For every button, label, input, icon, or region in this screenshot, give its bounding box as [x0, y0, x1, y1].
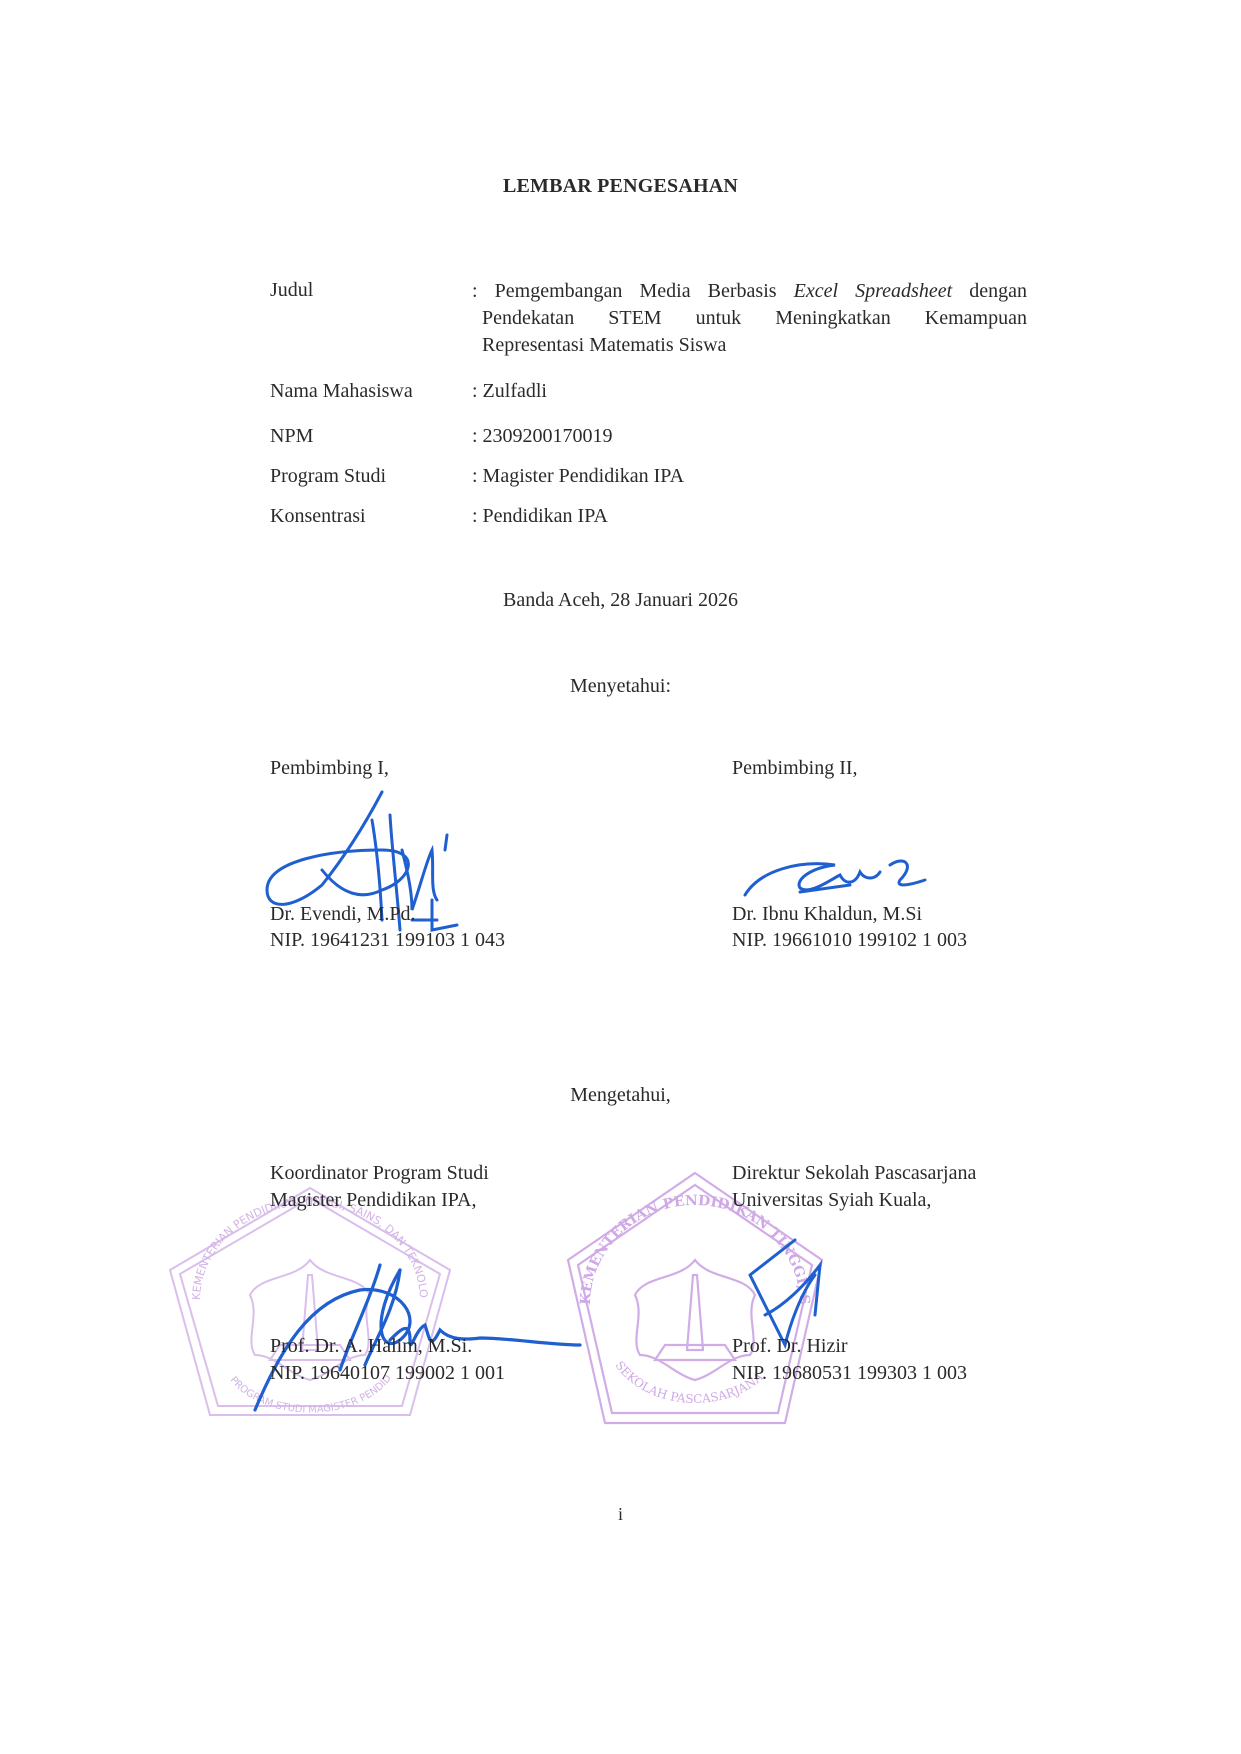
field-value-prodi: : Magister Pendidikan IPA: [472, 466, 684, 486]
field-value-npm: : 2309200170019: [472, 426, 613, 446]
judul-line-2: Pendekatan STEM untuk Meningkatkan Kemam…: [472, 305, 1027, 332]
place-date: Banda Aceh, 28 Januari 2026: [0, 590, 1241, 610]
field-label-prodi: Program Studi: [270, 466, 386, 486]
acknowledge-heading: Mengetahui,: [0, 1085, 1241, 1105]
page-number: i: [0, 1505, 1241, 1523]
supervisor-2-name: Dr. Ibnu Khaldun, M.Si: [732, 904, 922, 924]
official-2-name: Prof. Dr. Hizir: [732, 1336, 848, 1356]
supervisor-2-role: Pembimbing II,: [732, 758, 858, 778]
official-2-nip: NIP. 19680531 199303 1 003: [732, 1363, 967, 1383]
field-label-npm: NPM: [270, 426, 313, 446]
supervisor-1-nip: NIP. 19641231 199103 1 043: [270, 930, 505, 950]
official-1-role-line-2: Magister Pendidikan IPA,: [270, 1190, 476, 1210]
supervisor-2-nip: NIP. 19661010 199102 1 003: [732, 930, 967, 950]
field-label-judul: Judul: [270, 280, 313, 300]
official-2-role-line-2: Universitas Syiah Kuala,: [732, 1190, 931, 1210]
field-label-konsentrasi: Konsentrasi: [270, 506, 366, 526]
field-value-judul: : Pemgembangan Media Berbasis Excel Spre…: [472, 278, 1027, 359]
approval-heading: Menyetahui:: [0, 676, 1241, 696]
field-value-konsentrasi: : Pendidikan IPA: [472, 506, 608, 526]
field-value-nama: : Zulfadli: [472, 381, 547, 401]
supervisor-1-name: Dr. Evendi, M.Pd.: [270, 904, 416, 924]
judul-line-1: : Pemgembangan Media Berbasis Excel Spre…: [472, 278, 1027, 305]
page-title: LEMBAR PENGESAHAN: [0, 176, 1241, 196]
official-1-name: Prof. Dr. A. Halim, M.Si.: [270, 1336, 472, 1356]
signature-coordinator: [250, 1240, 610, 1415]
judul-line-3: Representasi Matematis Siswa: [472, 332, 1027, 359]
official-2-role-line-1: Direktur Sekolah Pascasarjana: [732, 1163, 976, 1183]
supervisor-1-role: Pembimbing I,: [270, 758, 389, 778]
signature-supervisor-2: [740, 850, 930, 910]
field-label-nama: Nama Mahasiswa: [270, 381, 413, 401]
official-1-nip: NIP. 19640107 199002 1 001: [270, 1363, 505, 1383]
official-1-role-line-1: Koordinator Program Studi: [270, 1163, 489, 1183]
